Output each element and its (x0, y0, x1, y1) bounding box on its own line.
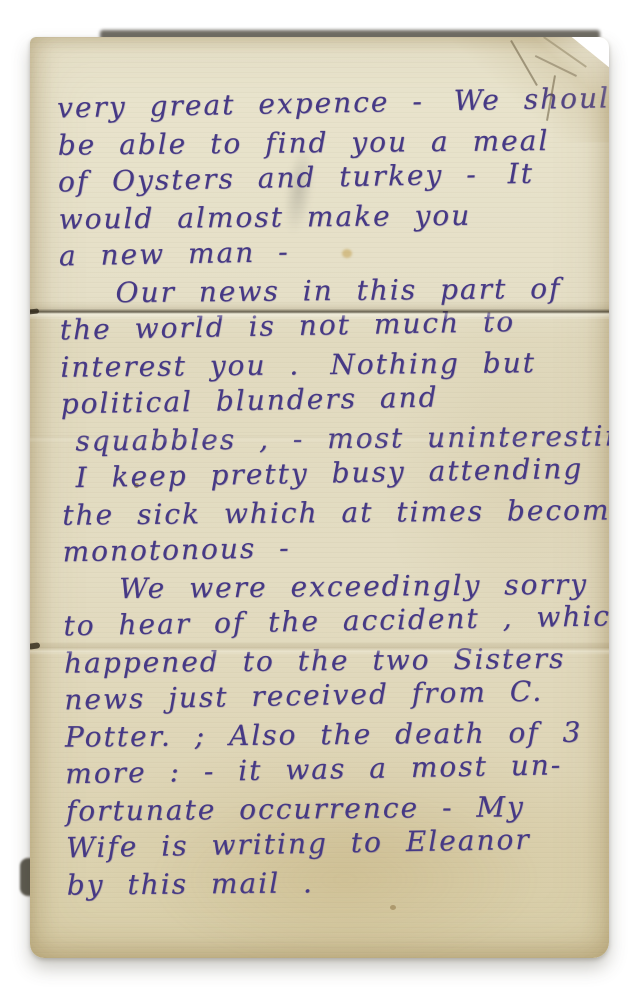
foxing-spot (390, 905, 396, 910)
letter-line-22: by this mail . (35, 863, 609, 906)
corner-crack-line (510, 40, 538, 86)
corner-cut-edge-line (543, 37, 587, 68)
corner-crack-line (535, 55, 577, 77)
letter-page: very great expence - We should be able t… (30, 37, 609, 958)
letter-text: very great expence - We should be able t… (30, 85, 609, 906)
corner-cut (564, 37, 609, 68)
letter-line-1: very great expence - We should (30, 81, 604, 129)
scan-background: very great expence - We should be able t… (0, 0, 640, 1000)
